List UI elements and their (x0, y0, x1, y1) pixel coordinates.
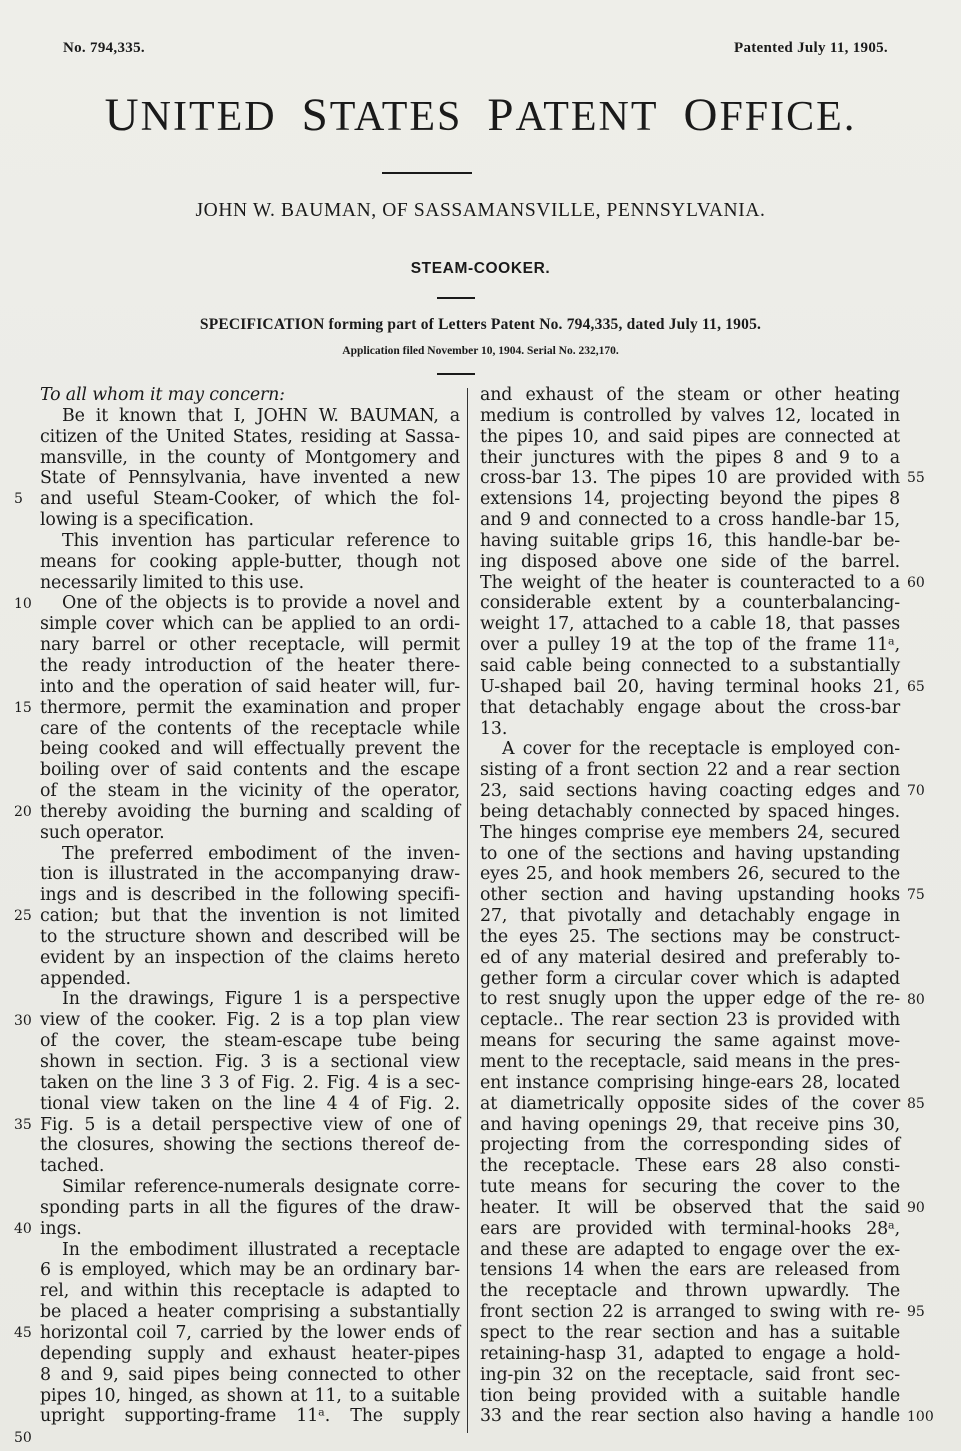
text-line: of the cover, the steam-escape tube bein… (40, 1031, 460, 1052)
line-number: 20 (14, 802, 36, 823)
text-line: A cover for the receptacle is employed c… (480, 739, 900, 760)
line-number: 85 (907, 1094, 943, 1115)
office-word: NITED (141, 94, 277, 140)
text-line: extensions 14, projecting beyond the pip… (480, 489, 900, 510)
line-number: 90 (907, 1198, 943, 1219)
text-line: ed of any material desired and preferabl… (480, 948, 900, 969)
text-line: means for cooking apple-butter, though n… (40, 552, 460, 573)
text-line: being cooked and will effectually preven… (40, 739, 460, 760)
text-line: mansville, in the county of Montgomery a… (40, 448, 460, 469)
text-line: depending supply and exhaust heater-pipe… (40, 1344, 460, 1365)
text-line: evident by an inspection of the claims h… (40, 948, 460, 969)
line-number: 45 (14, 1323, 36, 1344)
line-number: 80 (907, 990, 943, 1011)
application-line: Application filed November 10, 1904. Ser… (0, 345, 961, 357)
line-number: 35 (14, 1115, 36, 1136)
text-line: projecting from the corresponding sides … (480, 1135, 900, 1156)
text-line: nary barrel or other receptacle, will pe… (40, 635, 460, 656)
text-line: The hinges comprise eye members 24, secu… (480, 823, 900, 844)
line-number: 50 (14, 1428, 36, 1449)
line-number: 15 (14, 698, 36, 719)
text-line: 33 and the rear section also having a ha… (480, 1406, 900, 1427)
text-line: and exhaust of the steam or other heatin… (480, 385, 900, 406)
patent-page: No. 794,335. Patented July 11, 1905. UNI… (0, 0, 961, 1451)
text-line: tion is illustrated in the accompanying … (40, 864, 460, 885)
text-line: and having openings 29, that receive pin… (480, 1115, 900, 1136)
line-number: 10 (14, 594, 36, 615)
text-line: care of the contents of the receptacle w… (40, 719, 460, 740)
invention-title: STEAM-COOKER. (0, 260, 961, 278)
text-line: ment to the receptacle, said means in th… (480, 1052, 900, 1073)
text-line: spect to the rear section and has a suit… (480, 1323, 900, 1344)
text-line: to rest snugly upon the upper edge of th… (480, 989, 900, 1010)
text-line: Similar reference-numerals designate cor… (40, 1177, 460, 1198)
text-line: pipes 10, hinged, as shown at 11, to a s… (40, 1386, 460, 1407)
line-number: 75 (907, 885, 943, 906)
right-text-column: and exhaust of the steam or other heatin… (480, 385, 900, 1427)
text-line: ears are provided with terminal-hooks 28… (480, 1219, 900, 1240)
text-line: the ready introduction of the heater the… (40, 656, 460, 677)
divider-rule (382, 172, 472, 174)
text-line: ings and is described in the following s… (40, 885, 460, 906)
text-line: 27, that pivotally and detachably engage… (480, 906, 900, 927)
text-line: 8 and 9, said pipes being connected to o… (40, 1365, 460, 1386)
text-line: retaining-hasp 31, adapted to engage a h… (480, 1344, 900, 1365)
text-line: The weight of the heater is counteracted… (480, 573, 900, 594)
salutation: To all whom it may concern: (40, 385, 460, 406)
text-line: 13. (480, 719, 900, 740)
text-line: Be it known that I, JOHN W. BAUMAN, a (40, 406, 460, 427)
office-word: ATENT (516, 94, 659, 140)
text-line: tute means for securing the cover to the (480, 1177, 900, 1198)
inventor-line: JOHN W. BAUMAN, OF SASSAMANSVILLE, PENNS… (0, 200, 961, 222)
text-line: tached. (40, 1156, 460, 1177)
text-line: ings. (40, 1219, 460, 1240)
office-word-cap: P (487, 89, 515, 141)
text-line: In the embodiment illustrated a receptac… (40, 1240, 460, 1261)
text-line: the eyes 25. The sections may be constru… (480, 927, 900, 948)
text-line: 23, said sections having coacting edges … (480, 781, 900, 802)
patented-date: Patented July 11, 1905. (734, 40, 888, 57)
line-number: 60 (907, 573, 943, 594)
text-line: that detachably engage about the cross-b… (480, 698, 900, 719)
text-line: over a pulley 19 at the top of the frame… (480, 635, 900, 656)
line-number: 30 (14, 1011, 36, 1032)
text-line: cross-bar 13. The pipes 10 are provided … (480, 468, 900, 489)
text-line: necessarily limited to this use. (40, 573, 460, 594)
office-word: TATES (330, 94, 463, 140)
text-line: gether form a circular cover which is ad… (480, 969, 900, 990)
text-line: citizen of the United States, residing a… (40, 427, 460, 448)
line-number: 65 (907, 677, 943, 698)
text-line: the receptacle. These ears 28 also const… (480, 1156, 900, 1177)
text-line: be placed a heater comprising a substant… (40, 1302, 460, 1323)
text-line: weight 17, attached to a cable 18, that … (480, 614, 900, 635)
line-number: 5 (14, 489, 36, 510)
left-text-column: To all whom it may concern: Be it known … (40, 385, 460, 1427)
text-line: ing-pin 32 on the receptacle, said front… (480, 1365, 900, 1386)
text-line: eyes 25, and hook members 26, secured to… (480, 864, 900, 885)
text-line: rel, and within this receptacle is adapt… (40, 1281, 460, 1302)
text-line: and useful Steam-Cooker, of which the fo… (40, 489, 460, 510)
text-line: sponding parts in all the figures of the… (40, 1198, 460, 1219)
text-line: taken on the line 3 3 of Fig. 2. Fig. 4 … (40, 1073, 460, 1094)
text-line: shown in section. Fig. 3 is a sectional … (40, 1052, 460, 1073)
text-line: ceptacle.. The rear section 23 is provid… (480, 1010, 900, 1031)
text-line: the receptacle and thrown upwardly. The (480, 1281, 900, 1302)
text-line: tional view taken on the line 4 4 of Fig… (40, 1094, 460, 1115)
line-number: 25 (14, 906, 36, 927)
text-line: thermore, permit the examination and pro… (40, 698, 460, 719)
text-line: medium is controlled by valves 12, locat… (480, 406, 900, 427)
text-line: lowing is a specification. (40, 510, 460, 531)
text-line: thereby avoiding the burning and scaldin… (40, 802, 460, 823)
text-line: the closures, showing the sections there… (40, 1135, 460, 1156)
text-line: 6 is employed, which may be an ordinary … (40, 1260, 460, 1281)
text-line: tensions 14 when the ears are released f… (480, 1260, 900, 1281)
text-line: being detachably connected by spaced hin… (480, 802, 900, 823)
divider-rule (437, 373, 475, 375)
text-line: and these are adapted to engage over the… (480, 1240, 900, 1261)
patent-number: No. 794,335. (63, 40, 145, 57)
line-number: 70 (907, 781, 943, 802)
text-line: other section and having upstanding hook… (480, 885, 900, 906)
text-line: heater. It will be observed that the sai… (480, 1198, 900, 1219)
text-line: of the steam in the vicinity of the oper… (40, 781, 460, 802)
text-line: State of Pennsylvania, have invented a n… (40, 468, 460, 489)
text-line: ent instance comprising hinge-ears 28, l… (480, 1073, 900, 1094)
text-line: to one of the sections and having upstan… (480, 844, 900, 865)
text-line: the pipes 10, and said pipes are connect… (480, 427, 900, 448)
office-word: FFICE. (719, 94, 856, 140)
text-line: Fig. 5 is a detail perspective view of o… (40, 1115, 460, 1136)
text-line: and 9 and connected to a cross handle-ba… (480, 510, 900, 531)
text-line: horizontal coil 7, carried by the lower … (40, 1323, 460, 1344)
text-line: having suitable grips 16, this handle-ba… (480, 531, 900, 552)
text-line: considerable extent by a counterbalancin… (480, 593, 900, 614)
line-number: 55 (907, 468, 943, 489)
text-line: The preferred embodiment of the inven- (40, 844, 460, 865)
office-word-cap: O (684, 89, 720, 141)
text-line: cation; but that the invention is not li… (40, 906, 460, 927)
text-line: sisting of a front section 22 and a rear… (480, 760, 900, 781)
office-word-cap: U (105, 89, 141, 141)
text-line: ing disposed above one side of the barre… (480, 552, 900, 573)
text-line: boiling over of said contents and the es… (40, 760, 460, 781)
text-line: In the drawings, Figure 1 is a perspecti… (40, 989, 460, 1010)
text-line: into and the operation of said heater wi… (40, 677, 460, 698)
text-line: upright supporting-frame 11ᵃ. The supply (40, 1406, 460, 1427)
specification-line: SPECIFICATION forming part of Letters Pa… (0, 316, 961, 334)
text-line: front section 22 is arranged to swing wi… (480, 1302, 900, 1323)
office-word-cap: S (302, 89, 330, 141)
text-line: appended. (40, 969, 460, 990)
line-number: 40 (14, 1219, 36, 1240)
line-number: 95 (907, 1302, 943, 1323)
text-line: This invention has particular reference … (40, 531, 460, 552)
text-line: One of the objects is to provide a novel… (40, 593, 460, 614)
column-divider (467, 388, 468, 1433)
line-number: 100 (907, 1407, 943, 1428)
text-line: simple cover which can be applied to an … (40, 614, 460, 635)
text-line: their junctures with the pipes 8 and 9 t… (480, 448, 900, 469)
divider-rule (437, 297, 475, 299)
text-line: such operator. (40, 823, 460, 844)
text-line: U-shaped bail 20, having terminal hooks … (480, 677, 900, 698)
text-line: at diametrically opposite sides of the c… (480, 1094, 900, 1115)
text-line: to the structure shown and described wil… (40, 927, 460, 948)
text-line: means for securing the same against move… (480, 1031, 900, 1052)
text-line: tion being provided with a suitable hand… (480, 1386, 900, 1407)
office-heading: UNITED STATES PATENT OFFICE. (0, 90, 961, 142)
text-line: view of the cooker. Fig. 2 is a top plan… (40, 1010, 460, 1031)
text-line: said cable being connected to a substant… (480, 656, 900, 677)
